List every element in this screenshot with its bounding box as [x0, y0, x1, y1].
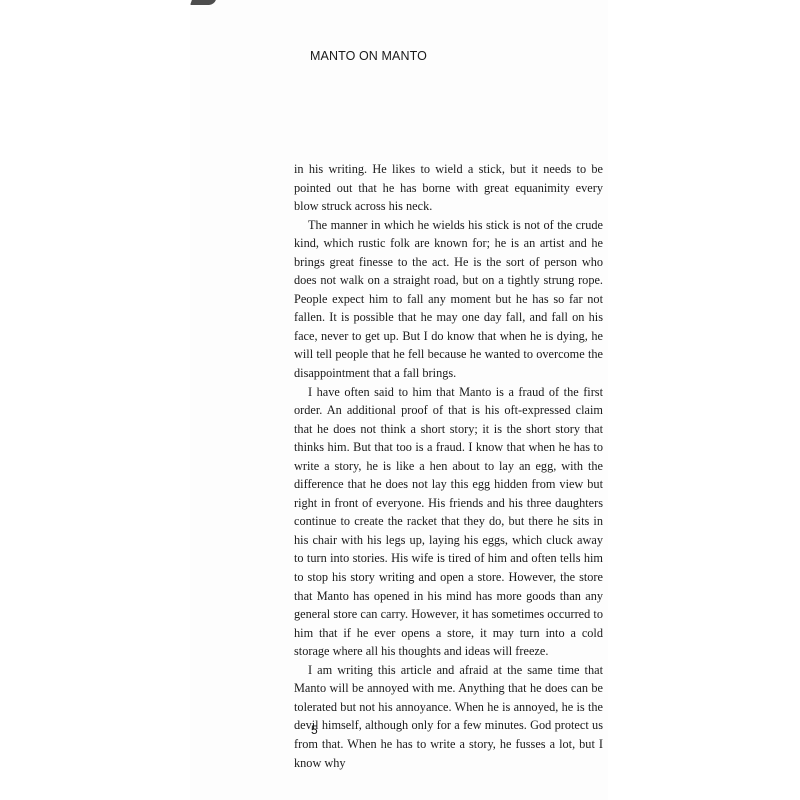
- paragraph-2: The manner in which he wields his stick …: [294, 216, 603, 383]
- page-number: 5: [311, 723, 318, 737]
- paragraph-1: in his writing. He likes to wield a stic…: [294, 160, 603, 216]
- paragraph-3: I have often said to him that Manto is a…: [294, 383, 603, 661]
- paragraph-4: I am writing this article and afraid at …: [294, 661, 603, 772]
- running-head: MANTO ON MANTO: [310, 49, 427, 63]
- body-text: in his writing. He likes to wield a stic…: [294, 160, 603, 772]
